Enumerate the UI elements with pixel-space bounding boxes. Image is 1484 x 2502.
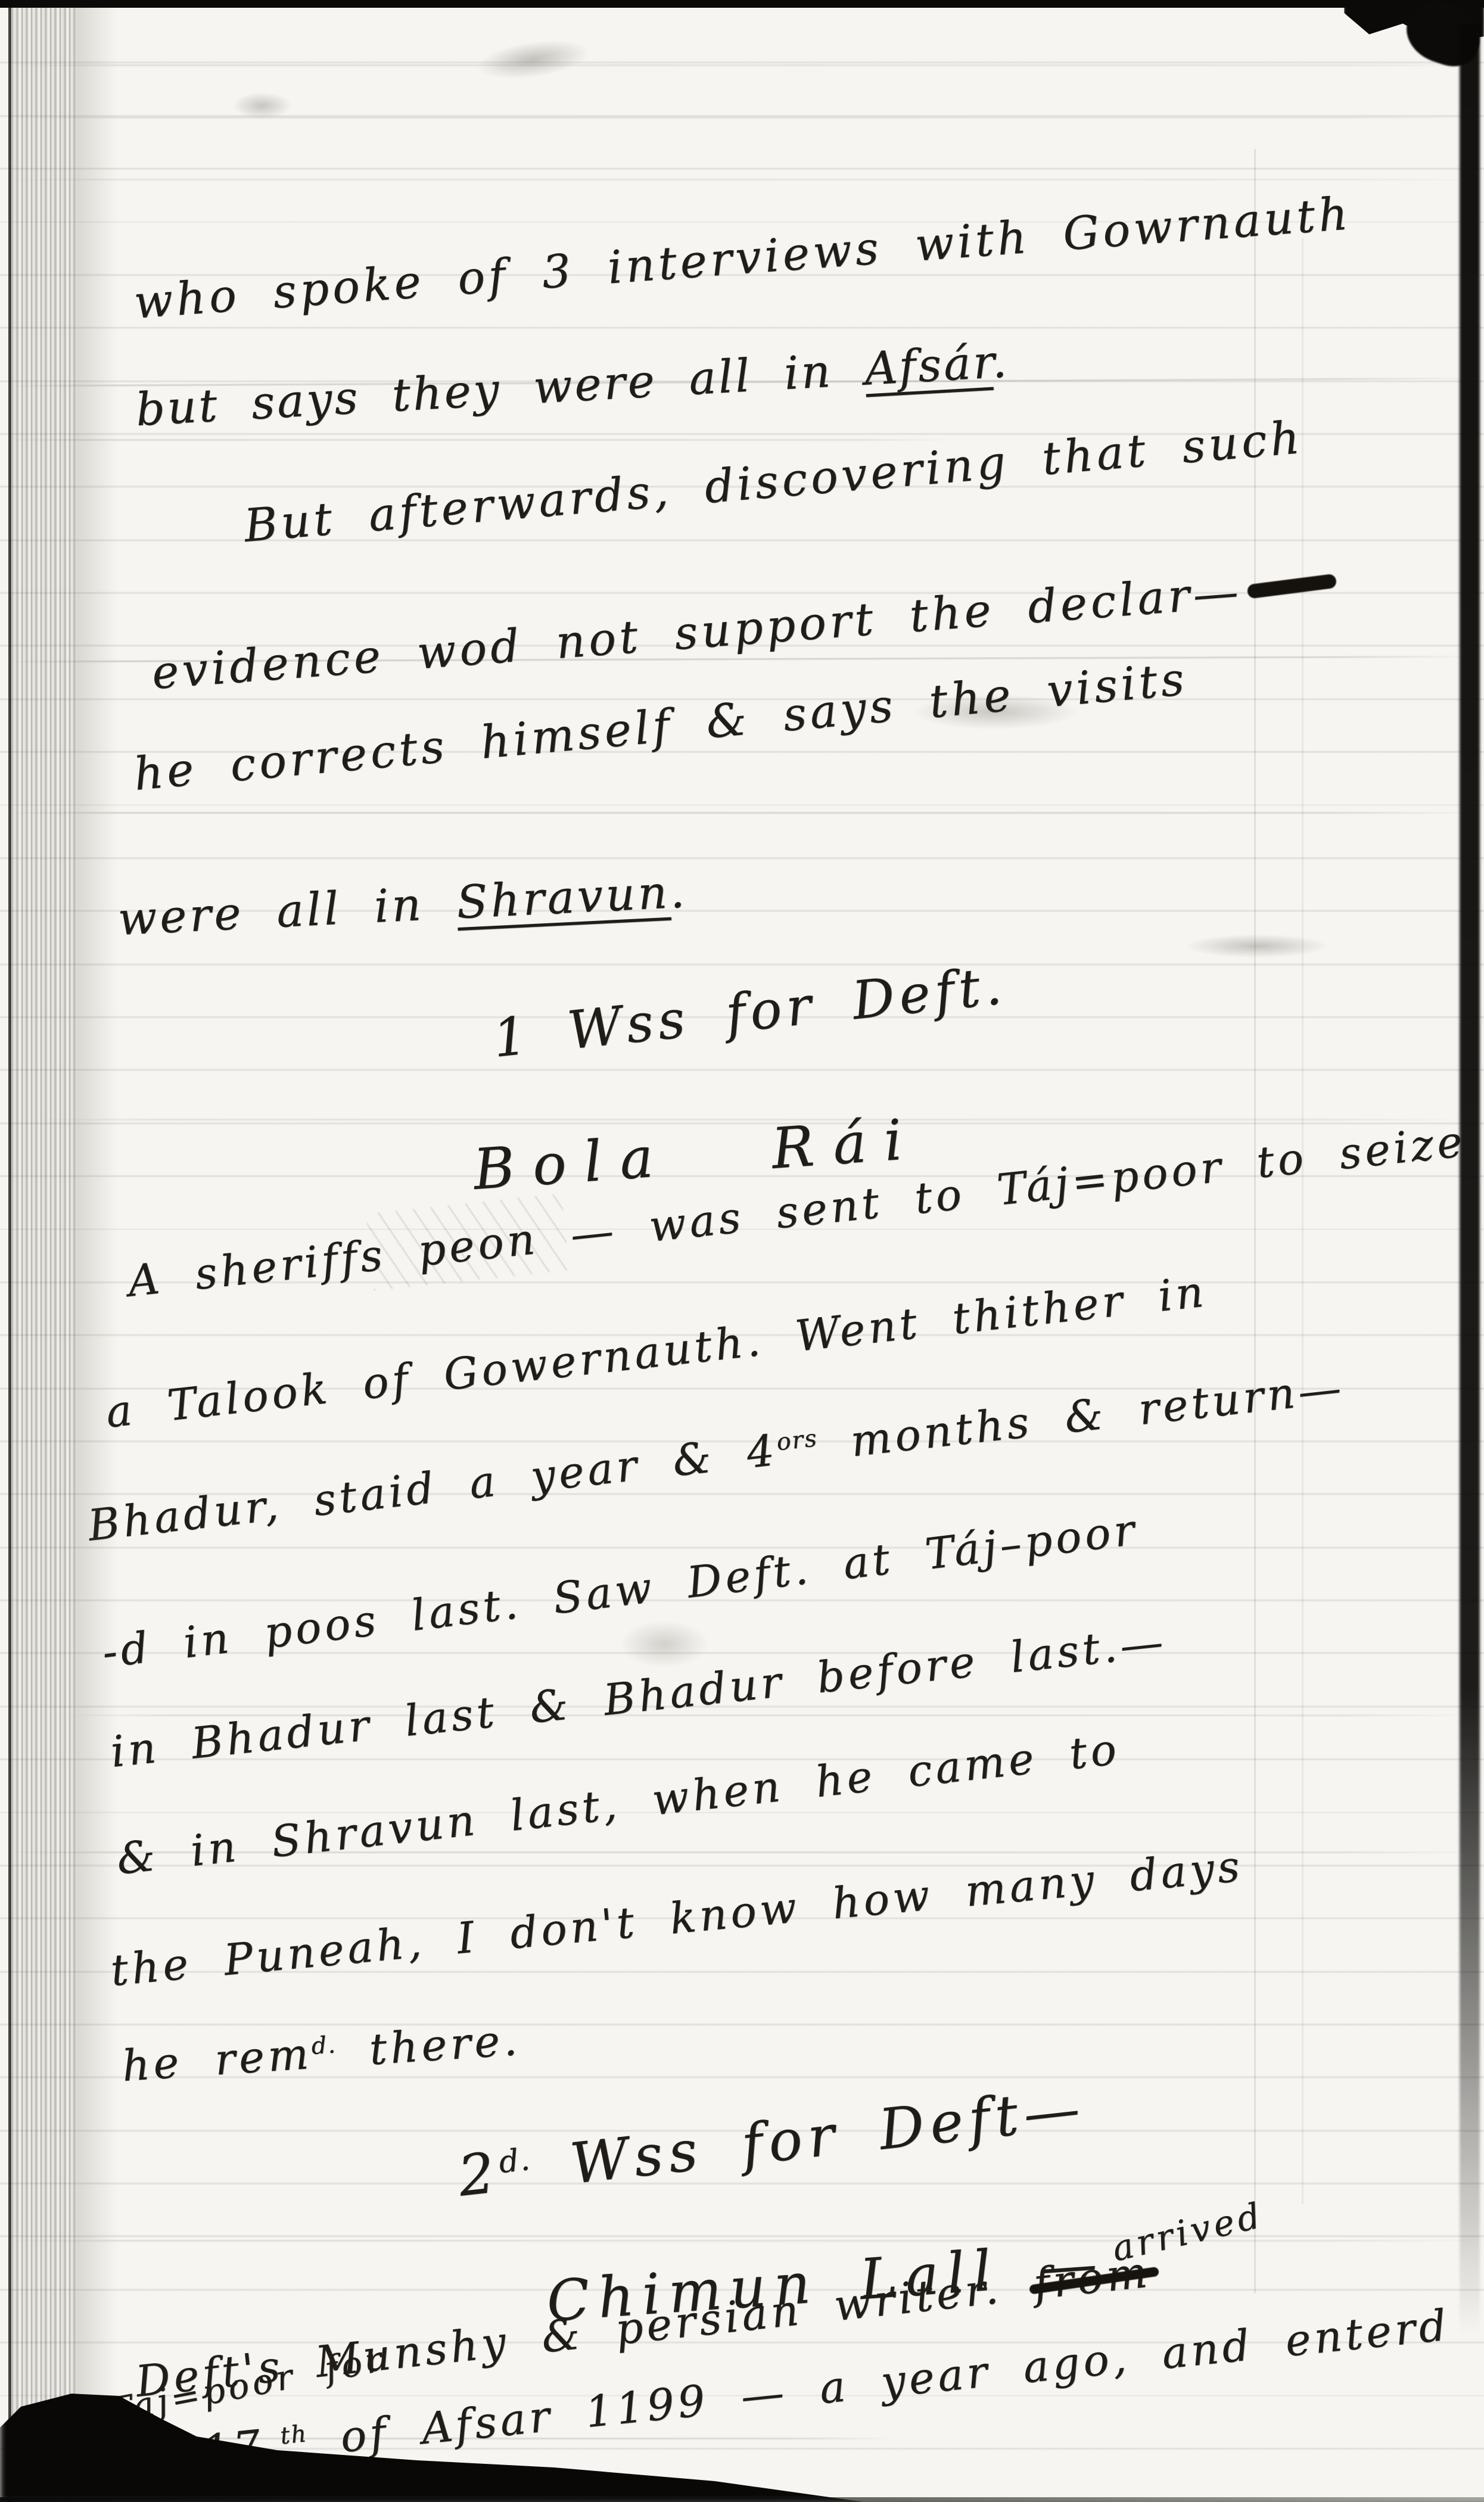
scanned-manuscript-page: who spoke of 3 interviews with Gowrnauth… — [0, 0, 1484, 2502]
manuscript-line: were all in Shravun. — [117, 869, 688, 942]
line-text: months & return— — [816, 1362, 1347, 1470]
heading-text: Wss for Deft— — [528, 2075, 1089, 2201]
page-bottom-edge-shadow — [0, 2497, 1484, 2502]
manuscript-line: who spoke of 3 interviews with Gowrnauth — [132, 191, 1352, 325]
paper-crease — [1302, 238, 1303, 2204]
superscript-abbreviation: d. — [497, 2145, 533, 2179]
ruled-line — [0, 812, 1484, 814]
manuscript-line: but says they were all in Afsár. — [135, 338, 1010, 432]
interline-insertion: arrived — [1109, 2197, 1267, 2267]
heading-text: 1 Wss for Deft. — [490, 954, 1009, 1069]
line-text: . — [668, 864, 688, 918]
underlined-word: Shravun — [455, 866, 671, 929]
page-top-edge-shadow — [0, 0, 1484, 8]
smudge — [620, 1620, 709, 1668]
ink-blot — [1247, 574, 1337, 599]
page-left-edge-line — [8, 0, 11, 2502]
manuscript-line: he remd. there. — [121, 2018, 522, 2087]
section-heading: 2d. Wss for Deft— — [456, 2080, 1088, 2205]
manuscript-line: But afterwards, discovering that such — [242, 415, 1305, 549]
superscript-ordinal: th — [279, 2422, 309, 2448]
ruled-line — [0, 117, 1484, 119]
ruled-line — [0, 179, 1484, 181]
smudge — [475, 34, 592, 85]
line-text: But afterwards, discovering that such — [242, 410, 1305, 552]
smudge — [232, 92, 292, 119]
superscript-abbreviation: d. — [310, 2033, 337, 2058]
heading-text: 2 — [455, 2140, 503, 2210]
underlined-word: Afsár — [863, 335, 994, 396]
line-text: Bhadur, staid a year & 4 — [85, 1425, 780, 1551]
page-right-edge-shadow — [1460, 24, 1480, 2335]
binding-gutter — [12, 0, 76, 2502]
ruled-line — [0, 439, 953, 441]
line-text: who spoke of 3 interviews with Gowrnauth — [132, 186, 1353, 329]
line-text: . — [990, 334, 1010, 388]
ruled-line — [0, 64, 1484, 66]
smudge — [1186, 934, 1329, 958]
line-text: but says they were all in — [134, 343, 866, 436]
binding-gutter-fade — [76, 0, 118, 2502]
line-text: were all in — [117, 876, 458, 945]
section-heading: 1 Wss for Deft. — [490, 959, 1008, 1065]
paper-crease — [1254, 149, 1256, 2293]
line-text: he rem — [120, 2028, 313, 2091]
line-text: there. — [335, 2015, 522, 2077]
superscript-insertion: ors — [775, 1427, 819, 1455]
